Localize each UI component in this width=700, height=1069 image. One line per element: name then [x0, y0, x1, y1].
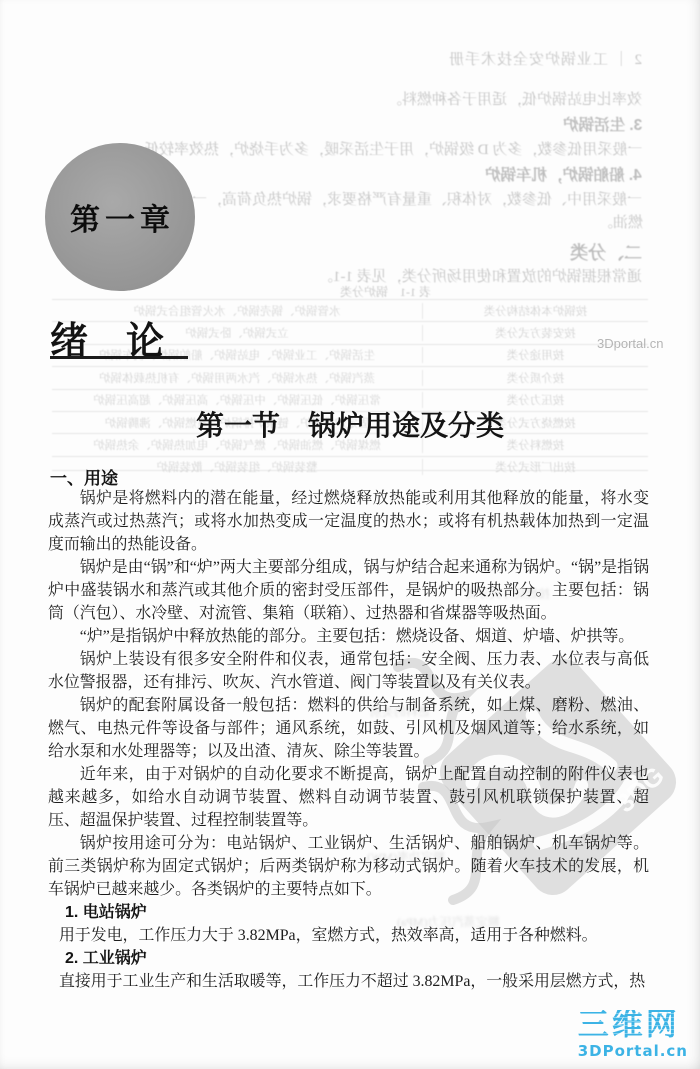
site-logo-cn: 三维网	[578, 1010, 688, 1041]
boiler-type-heading: 2. 工业锅炉	[48, 947, 649, 970]
ghost-table-row: 按出厂形式分类 整装锅炉、组装锅炉、散装锅炉	[52, 456, 648, 478]
ghost-line: 一般采用中、低参数，对体积、重量有严格要求，锅炉热负荷高，一般使用	[147, 188, 642, 209]
boiler-type-heading: 1. 电站锅炉	[48, 901, 649, 924]
ghost-table-label: 按介质分类	[422, 370, 648, 386]
boiler-type-text: 用于发电，工作压力大于 3.82MPa，室燃方式，热效率高，适用于各种燃料。	[48, 924, 649, 947]
ghost-line: 通常根据锅炉的放置和使用场所分类，见表 1-1。	[318, 265, 642, 286]
boiler-type-item: 1. 电站锅炉 用于发电，工作压力大于 3.82MPa，室燃方式，热效率高，适用…	[48, 901, 649, 947]
ghost-table-label: 按用途分类	[422, 347, 648, 363]
ghost-table-label: 按锅炉本体结构分类	[422, 303, 648, 319]
body-text: 锅炉是将燃料内的潜在能量，经过燃烧释放热能或利用其他释放的能量，将水变成蒸汽或过…	[48, 487, 649, 993]
body-paragraph: 锅炉按用途可分为：电站锅炉、工业锅炉、生活锅炉、船舶锅炉、机车锅炉等。前三类锅炉…	[48, 832, 649, 901]
body-paragraph: 锅炉是将燃料内的潜在能量，经过燃烧释放热能或利用其他释放的能量，将水变成蒸汽或过…	[48, 487, 649, 556]
ghost-line: 一般采用低参数，多为 D 级锅炉，用于生活采暖，多为手烧炉，热效率较低	[144, 138, 642, 159]
ghost-table-row: 按介质分类 蒸汽锅炉、热水锅炉、汽水两用锅炉、有机热载体锅炉	[52, 366, 648, 388]
ghost-subhead: 4. 船舶锅炉，机车锅炉	[485, 163, 642, 185]
site-logo: 三维网 3DPortal.cn	[578, 1010, 688, 1059]
body-paragraph: “炉”是指锅炉中释放热能的部分。主要包括：燃烧设备、烟道、炉墙、炉拱等。	[48, 625, 649, 648]
ghost-subhead: 3. 生活锅炉	[563, 113, 642, 135]
site-logo-url: 3DPortal.cn	[578, 1044, 688, 1059]
body-paragraph: 锅炉上装设有很多安全附件和仪表，通常包括：安全阀、压力表、水位表与高低水位警报器…	[48, 648, 649, 694]
ghost-table-label: 按安装方式分类	[422, 325, 648, 341]
ghost-table-content: 蒸汽锅炉、热水锅炉、汽水两用锅炉、有机热载体锅炉	[52, 370, 422, 386]
chapter-badge-label: 第一章	[65, 195, 175, 239]
body-paragraph: 近年来，由于对锅炉的自动化要求不断提高，锅炉上配置自动控制的附件仪表也越来越多，…	[48, 763, 649, 832]
ghost-table-label: 按出厂形式分类	[422, 459, 648, 475]
chapter-title-underline	[50, 356, 188, 359]
body-paragraph: 锅炉的配套附属设备一般包括：燃料的供给与制备系统，如上煤、磨粉、燃油、燃气、电热…	[48, 694, 649, 763]
ghost-page-header: 2 ｜ 工业锅炉安全技术手册	[448, 48, 642, 69]
ghost-heading: 二、分类	[570, 239, 642, 265]
ghost-line: 燃油。	[598, 211, 643, 232]
ghost-line: 效率比电站锅炉低，适用于各种燃料。	[387, 88, 642, 109]
section-title: 第一节 锅炉用途及分类	[0, 404, 700, 444]
boiler-type-item: 2. 工业锅炉 直接用于工业生产和生活取暖等，工作压力不超过 3.82MPa，一…	[48, 947, 649, 993]
chapter-badge: 第一章	[45, 143, 195, 291]
subsection-title: 一、用途	[50, 464, 118, 489]
inline-watermark-url: 3Dportal.cn	[597, 336, 663, 351]
body-paragraph: 锅炉是由“锅”和“炉”两大主要部分组成，锅与炉结合起来通称为锅炉。“锅”是指锅炉…	[48, 556, 649, 625]
scanned-page: 2 ｜ 工业锅炉安全技术手册 效率比电站锅炉低，适用于各种燃料。 3. 生活锅炉…	[0, 0, 700, 1069]
boiler-type-list: 1. 电站锅炉 用于发电，工作压力大于 3.82MPa，室燃方式，热效率高，适用…	[48, 901, 649, 993]
body-paragraphs: 锅炉是将燃料内的潜在能量，经过燃烧释放热能或利用其他释放的能量，将水变成蒸汽或过…	[48, 487, 649, 901]
boiler-type-text: 直接用于工业生产和生活取暖等，工作压力不超过 3.82MPa，一般采用层燃方式，…	[48, 970, 649, 993]
ghost-table-caption: 表 1-1 锅炉分类	[340, 283, 431, 300]
